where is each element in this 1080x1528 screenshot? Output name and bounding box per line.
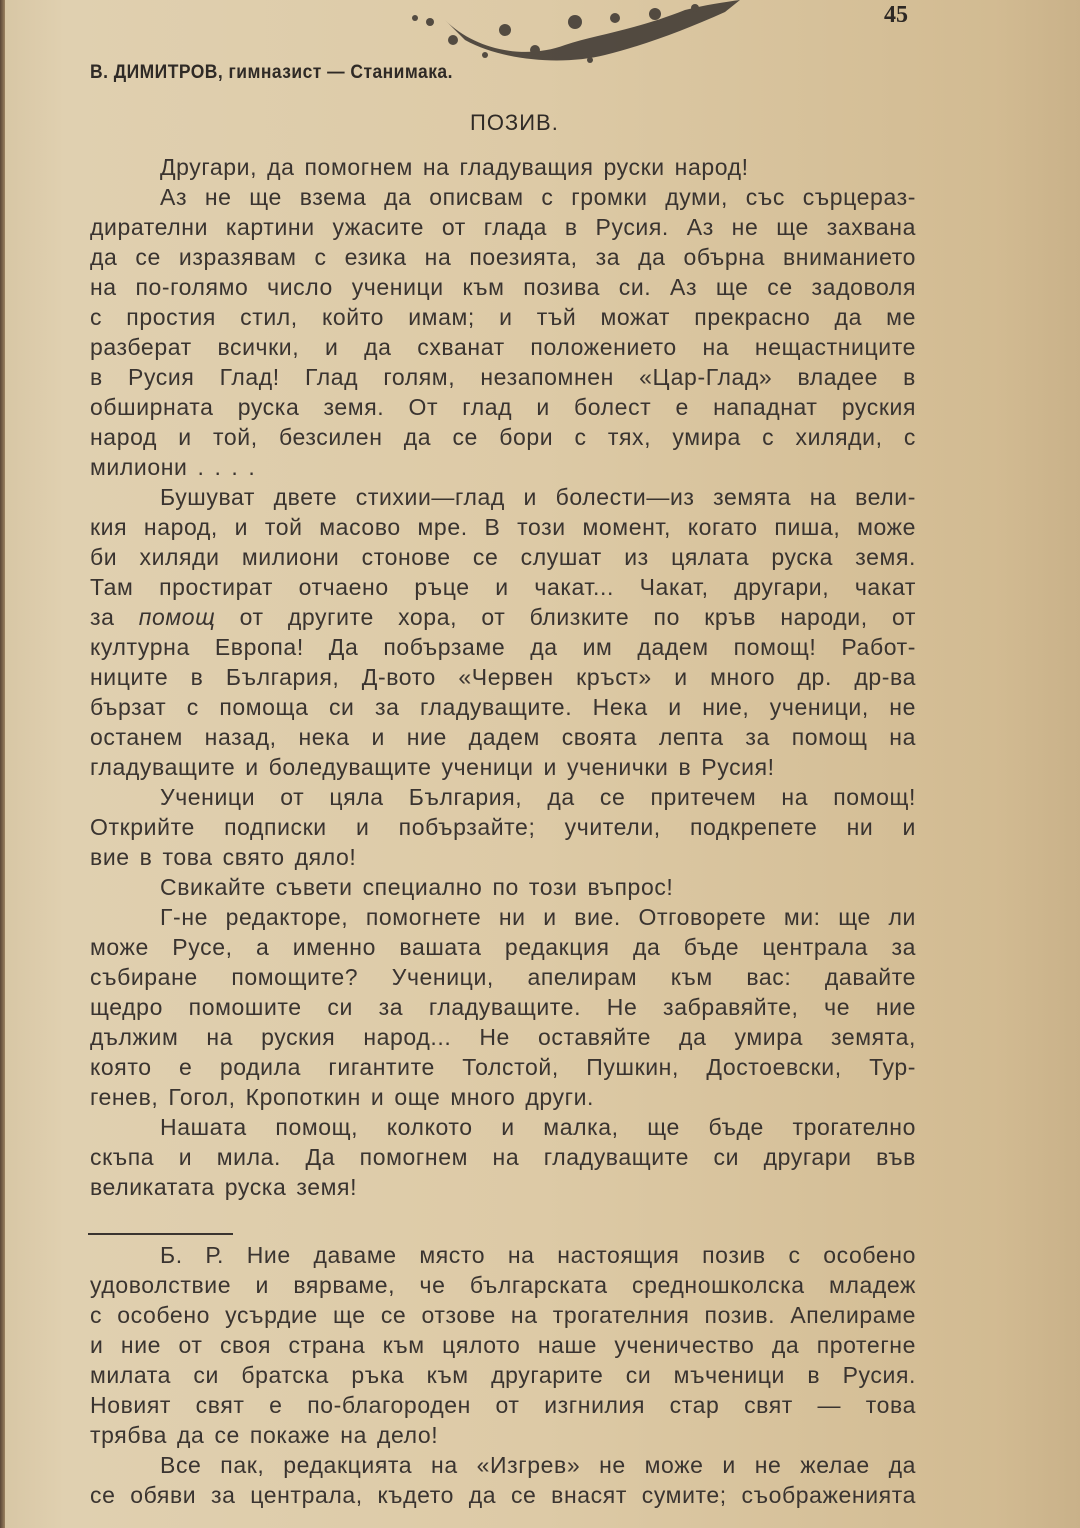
article-title: ПОЗИВ. <box>470 110 559 136</box>
text-line: Ученици от цяла България, да се притечем… <box>90 782 916 812</box>
text-line: с особено усърдие ще се отзове на трогат… <box>90 1300 916 1330</box>
text-line: на по-голямо число ученици към позива си… <box>90 272 916 302</box>
text-line: удоволствие и вярваме, че българската ср… <box>90 1270 916 1300</box>
article-body: Другари, да помогнем на гладуващия руски… <box>90 152 916 1202</box>
text-line: народ и той, безсилен да се бори с тях, … <box>90 422 916 452</box>
text-line: Г-не редакторе, помогнете ни и вие. Отго… <box>90 902 916 932</box>
section-divider <box>88 1233 233 1235</box>
text-line: се обяви за централа, където да се внася… <box>90 1480 916 1510</box>
text-line: за помощ от другите хора, от близките по… <box>90 602 916 632</box>
text-line: Бушуват двете стихии—глад и болести—из з… <box>90 482 916 512</box>
book-spine-edge <box>0 0 5 1528</box>
author-byline: В. ДИМИТРОВ, гимназист — Станимака. <box>90 62 453 84</box>
text-line: Другари, да помогнем на гладуващия руски… <box>90 152 916 182</box>
text-line: Открийте подписки и побързайте; учители,… <box>90 812 916 842</box>
text-line: може Русе, а именно вашата редакция да б… <box>90 932 916 962</box>
text-line: събиране помощите? Ученици, апелирам към… <box>90 962 916 992</box>
text-line: щедро помошите си за гладуващите. Не заб… <box>90 992 916 1022</box>
text-line: с простия стил, който имам; и тъй можат … <box>90 302 916 332</box>
text-line: и ние от своя страна към цялото наше уче… <box>90 1330 916 1360</box>
text-line: ниците в България, Д-вото «Червен кръст»… <box>90 662 916 692</box>
text-line: обширната руска земя. От глад и болест е… <box>90 392 916 422</box>
text-line: би хиляди милиони стонове се слушат из ц… <box>90 542 916 572</box>
text-line: да се изразявам с езика на поезията, за … <box>90 242 916 272</box>
text-line: трябва да се покаже на дело! <box>90 1420 916 1450</box>
text-line: Б. Р. Ние даваме място на настоящия пози… <box>90 1240 916 1270</box>
text-line: бързат с помоща си за гладуващите. Нека … <box>90 692 916 722</box>
text-line: дирателни картини ужасите от глада в Рус… <box>90 212 916 242</box>
text-line: в Русия Глад! Глад голям, незапомнен «Ца… <box>90 362 916 392</box>
text-line: Все пак, редакцията на «Изгрев» не може … <box>90 1450 916 1480</box>
text-line: кия народ, и той масово мре. В този моме… <box>90 512 916 542</box>
text-line: останем назад, нека и ние дадем своята л… <box>90 722 916 752</box>
text-line: вие в това свято дяло! <box>90 842 916 872</box>
editorial-note: Б. Р. Ние даваме място на настоящия пози… <box>90 1240 916 1510</box>
text-line: скъпа и мила. Да помогнем на гладуващите… <box>90 1142 916 1172</box>
text-line: Нашата помощ, колкото и малка, ще бъде т… <box>90 1112 916 1142</box>
text-line: Новият свят е по-благороден от изгнилия … <box>90 1390 916 1420</box>
text-line: разберат всички, и да схванат положениет… <box>90 332 916 362</box>
text-line: Свикайте съвети специално по този въпрос… <box>90 872 916 902</box>
text-line: Аз не ще взема да описвам с громки думи,… <box>90 182 916 212</box>
text-line: която е родила гигантите Толстой, Пушкин… <box>90 1052 916 1082</box>
text-line: милиони . . . . <box>90 452 916 482</box>
page-number: 45 <box>884 2 908 29</box>
text-line: културна Европа! Да побързаме да им даде… <box>90 632 916 662</box>
text-line: генев, Гогол, Кропоткин и още много друг… <box>90 1082 916 1112</box>
text-line: милата си братска ръка към другарите си … <box>90 1360 916 1390</box>
text-line: Там простират отчаено ръце и чакат... Ча… <box>90 572 916 602</box>
text-line: гладуващите и боледуващите ученици и уче… <box>90 752 916 782</box>
decorative-ornament-icon <box>385 0 745 70</box>
text-line: великатата руска земя! <box>90 1172 916 1202</box>
text-line: дължим на руския народ... Не оставяйте д… <box>90 1022 916 1052</box>
